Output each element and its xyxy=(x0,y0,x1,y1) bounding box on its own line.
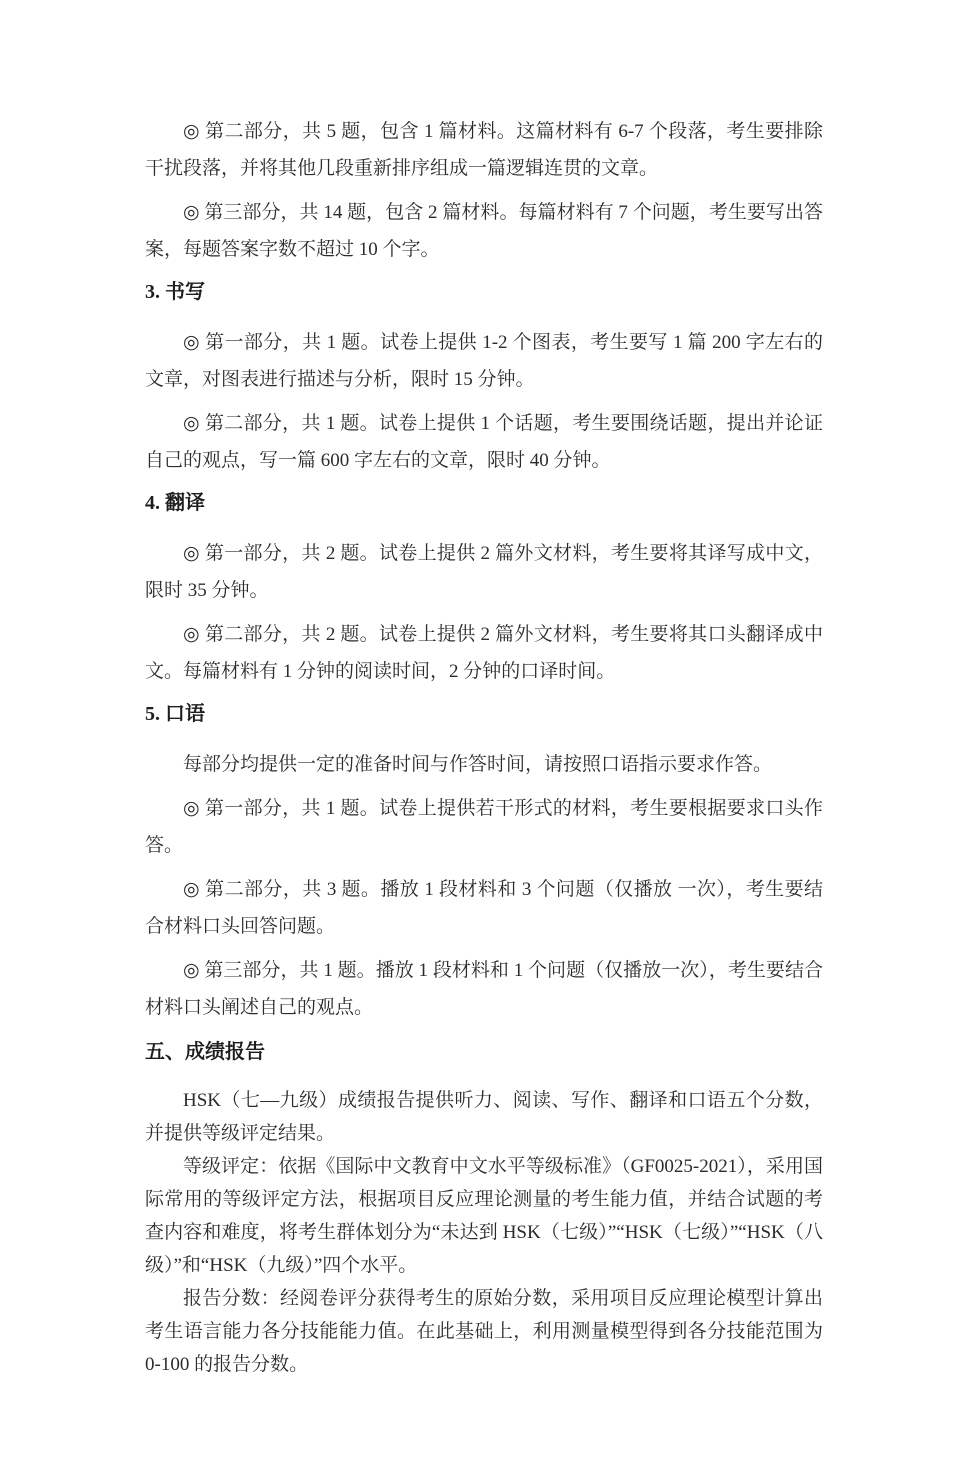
section-heading: 五、成绩报告 xyxy=(145,1039,823,1065)
paragraph: ◎ 第三部分，共 14 题，包含 2 篇材料。每篇材料有 7 个问题，考生要写出… xyxy=(145,194,823,268)
paragraph: 报告分数：经阅卷评分获得考生的原始分数，采用项目反应理论模型计算出考生语言能力各… xyxy=(145,1282,823,1381)
paragraph: ◎ 第三部分，共 1 题。播放 1 段材料和 1 个问题（仅播放一次），考生要结… xyxy=(145,952,823,1026)
paragraph: ◎ 第二部分，共 2 题。试卷上提供 2 篇外文材料，考生要将其口头翻译成中文。… xyxy=(145,616,823,690)
paragraph: ◎ 第二部分，共 3 题。播放 1 段材料和 3 个问题（仅播放 一次），考生要… xyxy=(145,871,823,945)
paragraph: 每部分均提供一定的准备时间与作答时间，请按照口语指示要求作答。 xyxy=(145,746,823,783)
document-page: ◎ 第二部分，共 5 题，包含 1 篇材料。这篇材料有 6-7 个段落，考生要排… xyxy=(0,0,960,1461)
section-heading: 3. 书写 xyxy=(145,279,823,305)
section-heading: 5. 口语 xyxy=(145,701,823,727)
paragraph: HSK（七—九级）成绩报告提供听力、阅读、写作、翻译和口语五个分数，并提供等级评… xyxy=(145,1084,823,1150)
section-heading: 4. 翻译 xyxy=(145,490,823,516)
paragraph: ◎ 第一部分，共 1 题。试卷上提供 1-2 个图表，考生要写 1 篇 200 … xyxy=(145,324,823,398)
paragraph: ◎ 第一部分，共 1 题。试卷上提供若干形式的材料，考生要根据要求口头作答。 xyxy=(145,790,823,864)
paragraph: ◎ 第二部分，共 1 题。试卷上提供 1 个话题，考生要围绕话题，提出并论证自己… xyxy=(145,405,823,479)
document-content: ◎ 第二部分，共 5 题，包含 1 篇材料。这篇材料有 6-7 个段落，考生要排… xyxy=(145,113,823,1381)
paragraph: ◎ 第二部分，共 5 题，包含 1 篇材料。这篇材料有 6-7 个段落，考生要排… xyxy=(145,113,823,187)
paragraph: ◎ 第一部分，共 2 题。试卷上提供 2 篇外文材料，考生要将其译写成中文，限时… xyxy=(145,535,823,609)
paragraph: 等级评定：依据《国际中文教育中文水平等级标准》（GF0025-2021），采用国… xyxy=(145,1150,823,1282)
